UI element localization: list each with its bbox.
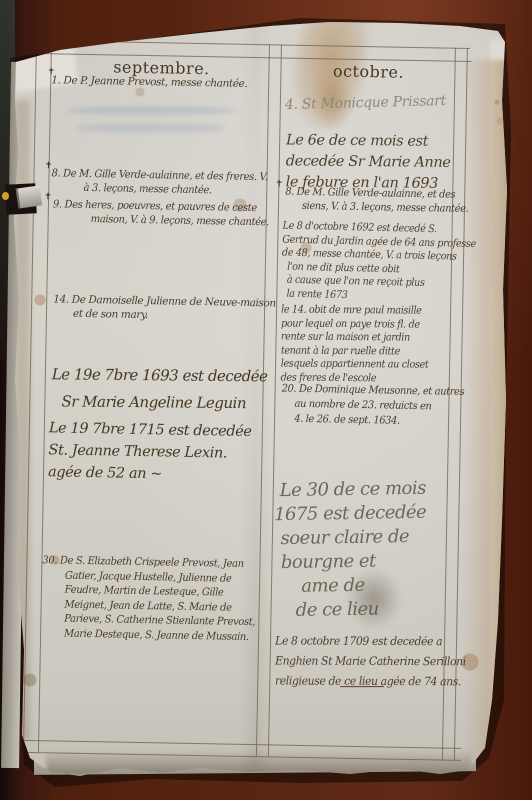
obit-entry: 1. De P. Jeanne Prevost, messe chantée. [51, 73, 247, 91]
entry-line: siens, V. à 3. leçons, messe chantée. [302, 199, 469, 216]
entry-line: Enghien St Marie Catherine Serilloni [275, 650, 466, 671]
obit-entry: Le 8 octobre 1709 est decedée a Enghien … [275, 630, 466, 691]
ruled-register: septembre. octobre. ✝ ✝ ✝ ✝ 1. De P. Jea… [23, 40, 474, 770]
obit-entry: 20. De Dominique Meusonne, et autres au … [281, 382, 464, 430]
entry-line: maison, V. à 9. leçons, messe chantée. [91, 212, 270, 229]
entry-line: de ce lieu [296, 597, 429, 623]
entry-line: decedée Sr Marie Anne [286, 151, 451, 174]
manuscript-page: septembre. octobre. ✝ ✝ ✝ ✝ 1. De P. Jea… [0, 0, 532, 800]
entry-line: pour lequel on paye trois fl. de [281, 317, 429, 332]
entry-line: Le 19e 7bre 1693 est decedée [52, 361, 268, 390]
rule-bottom-outer [3, 752, 461, 761]
entry-line: 4. le 26. de sept. 1634. [294, 412, 464, 430]
obit-entry: 8. De M. Gille Verde-aulainne, et des si… [285, 185, 469, 216]
rule-bottom-inner [9, 740, 461, 749]
obit-entry: Le 19e 7bre 1693 est decedée Sr Marie An… [51, 361, 267, 417]
entry-line: lesquels appartiennent au closet [281, 358, 429, 373]
yellow-speck [2, 192, 9, 200]
month-header-october: octobre. [283, 61, 453, 83]
obit-entry: Le 19 7bre 1715 est decedée St. Jeanne T… [48, 417, 252, 487]
manuscript-photo: septembre. octobre. ✝ ✝ ✝ ✝ 1. De P. Jea… [0, 0, 532, 800]
entry-line: religieuse de ce lieu agée de 74 ans. [275, 670, 466, 691]
obit-entry: 14. De Damoiselle Julienne de Neuve-mais… [53, 292, 276, 324]
entry-line: 1675 est decedée [274, 501, 427, 528]
entry-line: Le 8 octobre 1709 est decedée a [275, 630, 466, 651]
rule-left-inner [38, 40, 52, 752]
entry-line: Le 6e de ce mois est [286, 130, 451, 153]
entry-line: 4. St Monicque Prissart [285, 93, 446, 113]
obit-entry: le 14. obit de mre paul maisille pour le… [281, 304, 429, 387]
obit-entry: Le 30 de ce mois 1675 est decedée soeur … [280, 477, 429, 623]
obit-entry: 8. De M. Gille Verde-aulainne, et des fr… [51, 166, 267, 198]
obit-entry: 9. Des heres, poeuvres, et pauvres de ce… [53, 197, 270, 229]
entry-line: 1. De P. Jeanne Prevost, messe chantée. [51, 73, 247, 91]
obit-entry: Le 8 d'octobre 1692 est decedé S. Gertru… [281, 220, 476, 306]
entry-line: agée de 52 an ~ [48, 461, 251, 487]
entry-line: Le 30 de ce mois [280, 477, 427, 503]
clasp-tab [16, 185, 43, 208]
rule-left-outer [23, 40, 37, 752]
entry-line: Sr Marie Angeline Leguin [61, 388, 267, 417]
obit-entry: 4. St Monicque Prissart [285, 93, 446, 113]
entry-line: tenant à la par ruelle ditte [281, 344, 429, 359]
entry-line: soeur claire de [280, 525, 427, 551]
underline-mark [340, 686, 384, 687]
entry-line: rente sur la maison et jardin [281, 331, 429, 346]
cross-icon: ✝ [275, 179, 283, 189]
entry-line: le 14. obit de mre paul maisille [281, 304, 429, 319]
obit-entry: 30. De S. Elizabeth Crispeele Prevost, J… [41, 553, 256, 644]
entry-line: Marie Desteque, S. Jeanne de Mussain. [64, 626, 255, 644]
entry-line: ame de [301, 573, 428, 599]
entry-line: bourgne et [281, 549, 428, 575]
